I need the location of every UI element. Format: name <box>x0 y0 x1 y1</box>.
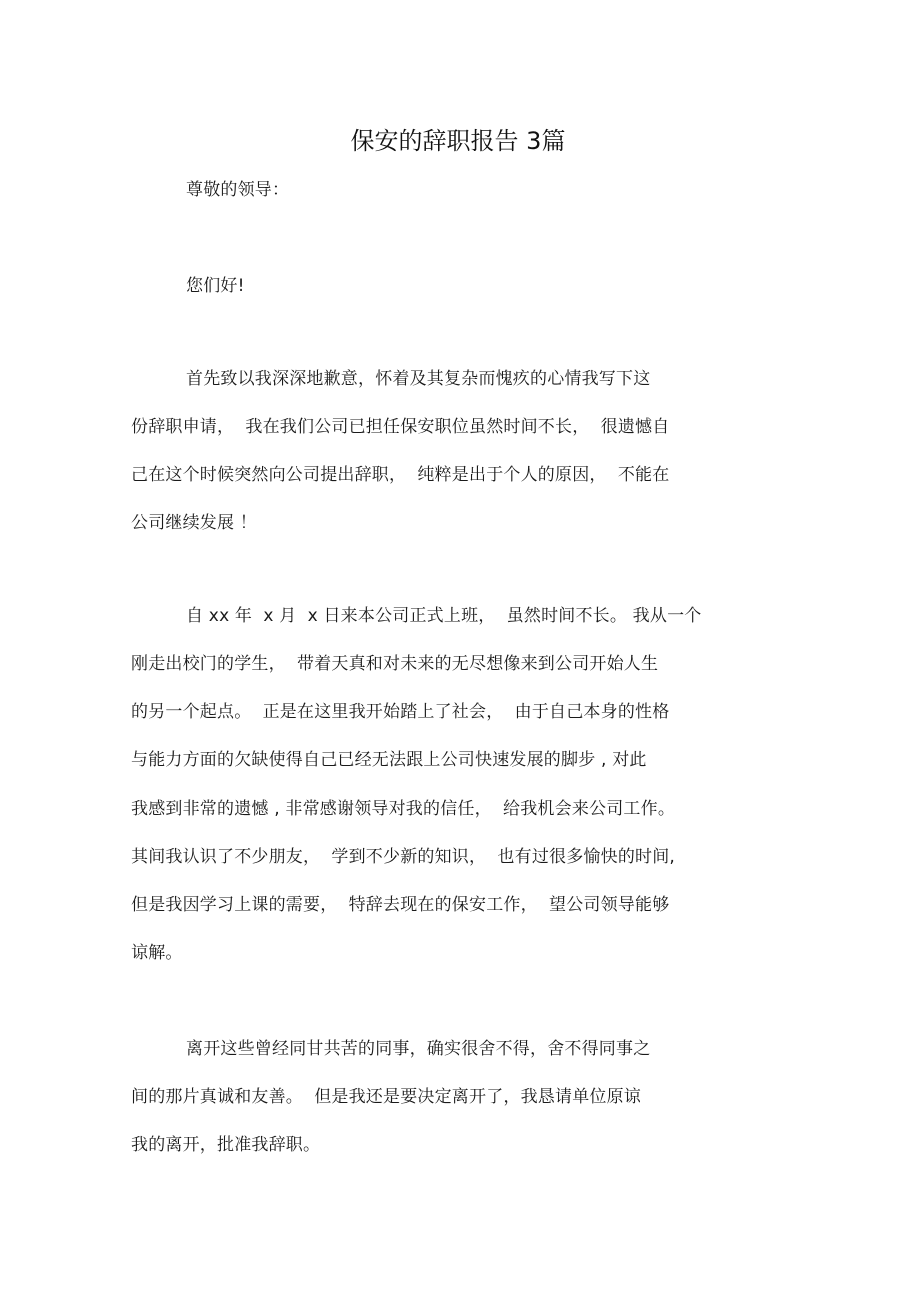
paragraph-line: 谅解。 <box>131 941 183 965</box>
paragraph-line: 首先致以我深深地歉意，怀着及其复杂而愧疚的心情我写下这 <box>186 367 650 391</box>
paragraph-line: 刚走出校门的学生， 带着天真和对未来的无尽想像来到公司开始人生 <box>131 652 658 676</box>
paragraph-line: 离开这些曾经同甘共苦的同事，确实很舍不得，舍不得同事之 <box>186 1037 650 1061</box>
paragraph-line: 但是我因学习上课的需要， 特辞去现在的保安工作， 望公司领导能够 <box>131 893 669 917</box>
paragraph-line: 己在这个时候突然向公司提出辞职， 纯粹是出于个人的原因， 不能在 <box>131 463 669 487</box>
paragraph-line: 其间我认识了不少朋友， 学到不少新的知识， 也有过很多愉快的时间, <box>131 845 675 869</box>
greeting: 您们好! <box>186 274 245 298</box>
paragraph-line: 自 xx 年 x 月 x 日来本公司正式上班， 虽然时间不长。 我从一个 <box>186 604 701 628</box>
paragraph-line: 间的那片真诚和友善。 但是我还是要决定离开了，我恳请单位原谅 <box>131 1085 641 1109</box>
document-title: 保安的辞职报告 3篇 <box>0 124 916 158</box>
paragraph-line: 份辞职申请， 我在我们公司已担任保安职位虽然时间不长， 很遗憾自 <box>131 415 669 439</box>
paragraph-line: 公司继续发展 ！ <box>131 511 257 535</box>
paragraph-line: 的另一个起点。 正是在这里我开始踏上了社会， 由于自己本身的性格 <box>131 700 669 724</box>
document-page: 保安的辞职报告 3篇 尊敬的领导： 您们好! 首先致以我深深地歉意，怀着及其复杂… <box>0 0 920 1303</box>
paragraph-line: 与能力方面的欠缺使得自己已经无法跟上公司快速发展的脚步 , 对此 <box>131 748 647 772</box>
salutation: 尊敬的领导： <box>186 178 289 202</box>
paragraph-line: 我的离开，批准我辞职。 <box>131 1133 320 1157</box>
paragraph-line: 我感到非常的遗憾 , 非常感谢领导对我的信任， 给我机会来公司工作。 <box>131 797 675 821</box>
